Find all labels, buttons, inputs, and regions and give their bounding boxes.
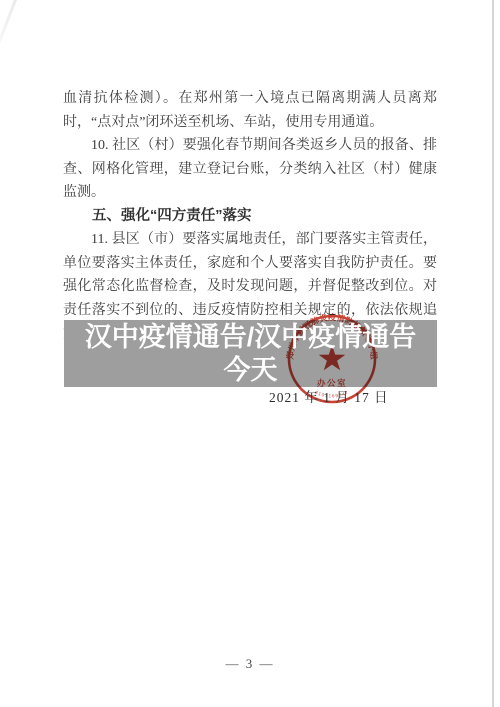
paragraph-item-10: 10. 社区（村）要强化春节期间各类返乡人员的报备、排查、网格化管理，建立登记台… — [63, 134, 437, 205]
document-body: 血清抗体检测）。在郑州第一入境点已隔离期满人员离郑时，“点对点”闭环送至机场、车… — [63, 87, 437, 346]
scan-corner-artifact — [0, 0, 19, 68]
page-number: — 3 — — [0, 656, 500, 672]
scanned-document-page: 血清抗体检测）。在郑州第一入境点已隔离期满人员离郑时，“点对点”闭环送至机场、车… — [0, 0, 500, 707]
paragraph-continuation: 血清抗体检测）。在郑州第一入境点已隔离期满人员离郑时，“点对点”闭环送至机场、车… — [63, 87, 437, 134]
document-date: 2021 年 1 月 17 日 — [269, 386, 389, 406]
scan-edge-line — [492, 0, 494, 707]
section-heading: 五、强化“四方责任”落实 — [63, 205, 437, 229]
overlay-title: 汉中疫情通告/汉中疫情通告今天 — [64, 320, 437, 387]
